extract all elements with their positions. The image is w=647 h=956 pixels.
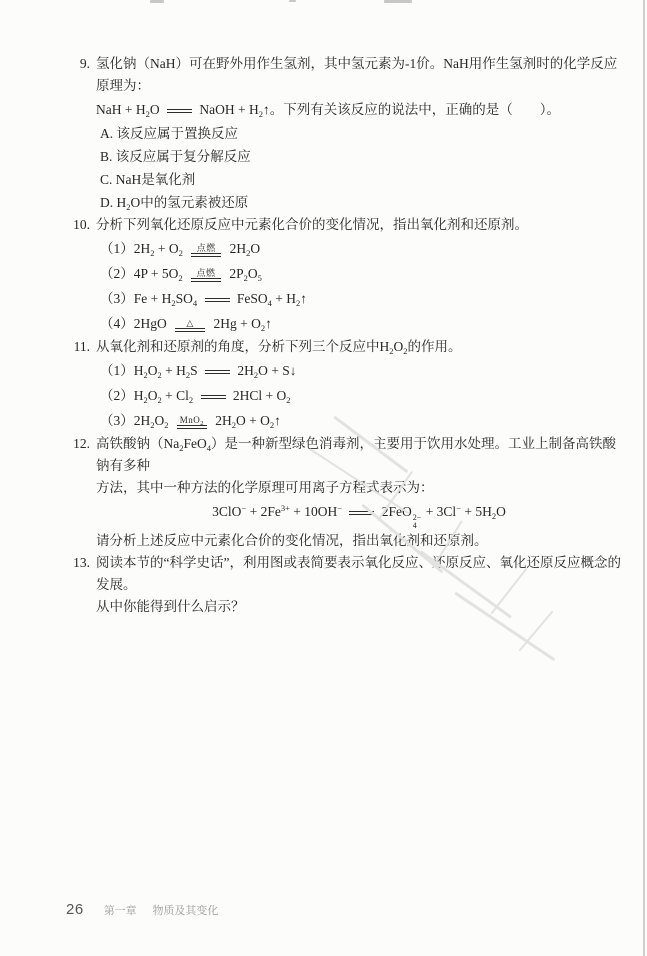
question-12: 12. 高铁酸钠（Na2FeO4）是一种新型绿色消毒剂，主要用于饮用水处理。工业… <box>62 433 622 552</box>
question-text-line2: 方法，其中一种方法的化学原理可用离子方程式表示为： <box>96 477 622 499</box>
question-text: 氢化钠（NaH）可在野外用作生氢剂，其中氢元素为-1价。NaH用作生氢剂时的化学… <box>96 53 622 97</box>
chemical-equation-1: （1）2H2 + O2 点燃 2H2O <box>96 236 622 261</box>
question-11: 11. 从氧化剂和还原剂的角度，分析下列三个反应中H2O2的作用。 （1）H2O… <box>62 336 622 433</box>
option-c: C. NaH是氧化剂 <box>96 168 622 191</box>
question-13: 13. 阅读本节的“科学史话”，利用图或表简要表示氧化反应、还原反应、氧化还原反… <box>62 552 622 618</box>
chemical-equation-3: （3）Fe + H2SO4 FeSO4 + H2↑ <box>96 286 622 311</box>
scan-artifact <box>150 0 164 3</box>
chapter-title: 物质及其变化 <box>152 905 218 917</box>
question-text: 从氧化剂和还原剂的角度，分析下列三个反应中H2O2的作用。 <box>96 336 622 358</box>
question-text-line1: 阅读本节的“科学史话”，利用图或表简要表示氧化反应、还原反应、氧化还原反应概念的… <box>96 552 622 596</box>
chapter-label: 第一章 <box>104 905 137 917</box>
question-number: 10. <box>62 214 96 336</box>
chapter-breadcrumb: 第一章 物质及其变化 <box>104 902 219 918</box>
chemical-equation-2: （2）4P + 5O2 点燃 2P2O5 <box>96 261 622 286</box>
textbook-page: 9. 氢化钠（NaH）可在野外用作生氢剂，其中氢元素为-1价。NaH用作生氢剂时… <box>0 0 647 956</box>
option-a: A. 该反应属于置换反应 <box>96 122 622 145</box>
scan-artifact <box>289 0 296 2</box>
question-text-outro: 请分析上述反应中元素化合价的变化情况，指出氧化剂和还原剂。 <box>96 530 622 552</box>
option-b: B. 该反应属于复分解反应 <box>96 145 622 168</box>
question-text-line2: 从中你能得到什么启示？ <box>96 596 622 618</box>
scan-edge-line <box>643 0 645 956</box>
exercise-list: 9. 氢化钠（NaH）可在野外用作生氢剂，其中氢元素为-1价。NaH用作生氢剂时… <box>62 53 622 618</box>
question-number: 9. <box>62 53 96 214</box>
page-number: 26 <box>66 901 84 918</box>
question-text: 分析下列氧化还原反应中元素化合价的变化情况，指出氧化剂和还原剂。 <box>96 214 622 236</box>
question-number: 13. <box>62 552 96 618</box>
chemical-equation: NaH + H2O NaOH + H2↑。下列有关该反应的说法中，正确的是（ ）… <box>96 97 622 122</box>
scan-artifact <box>384 0 412 3</box>
ionic-equation: 3ClO− + 2Fe3+ + 10OH− 2FeO2−4 + 3Cl− + 5… <box>96 499 622 530</box>
chemical-equation-1: （1）H2O2 + H2S 2H2O + S↓ <box>96 358 622 383</box>
question-9: 9. 氢化钠（NaH）可在野外用作生氢剂，其中氢元素为-1价。NaH用作生氢剂时… <box>62 53 622 214</box>
chemical-equation-4: （4）2HgO △ 2Hg + O2↑ <box>96 311 622 336</box>
question-10: 10. 分析下列氧化还原反应中元素化合价的变化情况，指出氧化剂和还原剂。 （1）… <box>62 214 622 336</box>
question-number: 11. <box>62 336 96 433</box>
page-footer: 26 第一章 物质及其变化 <box>66 901 218 918</box>
chemical-equation-2: （2）H2O2 + Cl2 2HCl + O2 <box>96 383 622 408</box>
question-number: 12. <box>62 433 96 552</box>
chemical-equation-3: （3）2H2O2 MnO2 2H2O + O2↑ <box>96 408 622 433</box>
question-text-line1: 高铁酸钠（Na2FeO4）是一种新型绿色消毒剂，主要用于饮用水处理。工业上制备高… <box>96 433 622 477</box>
option-d: D. H2O中的氢元素被还原 <box>96 191 622 214</box>
